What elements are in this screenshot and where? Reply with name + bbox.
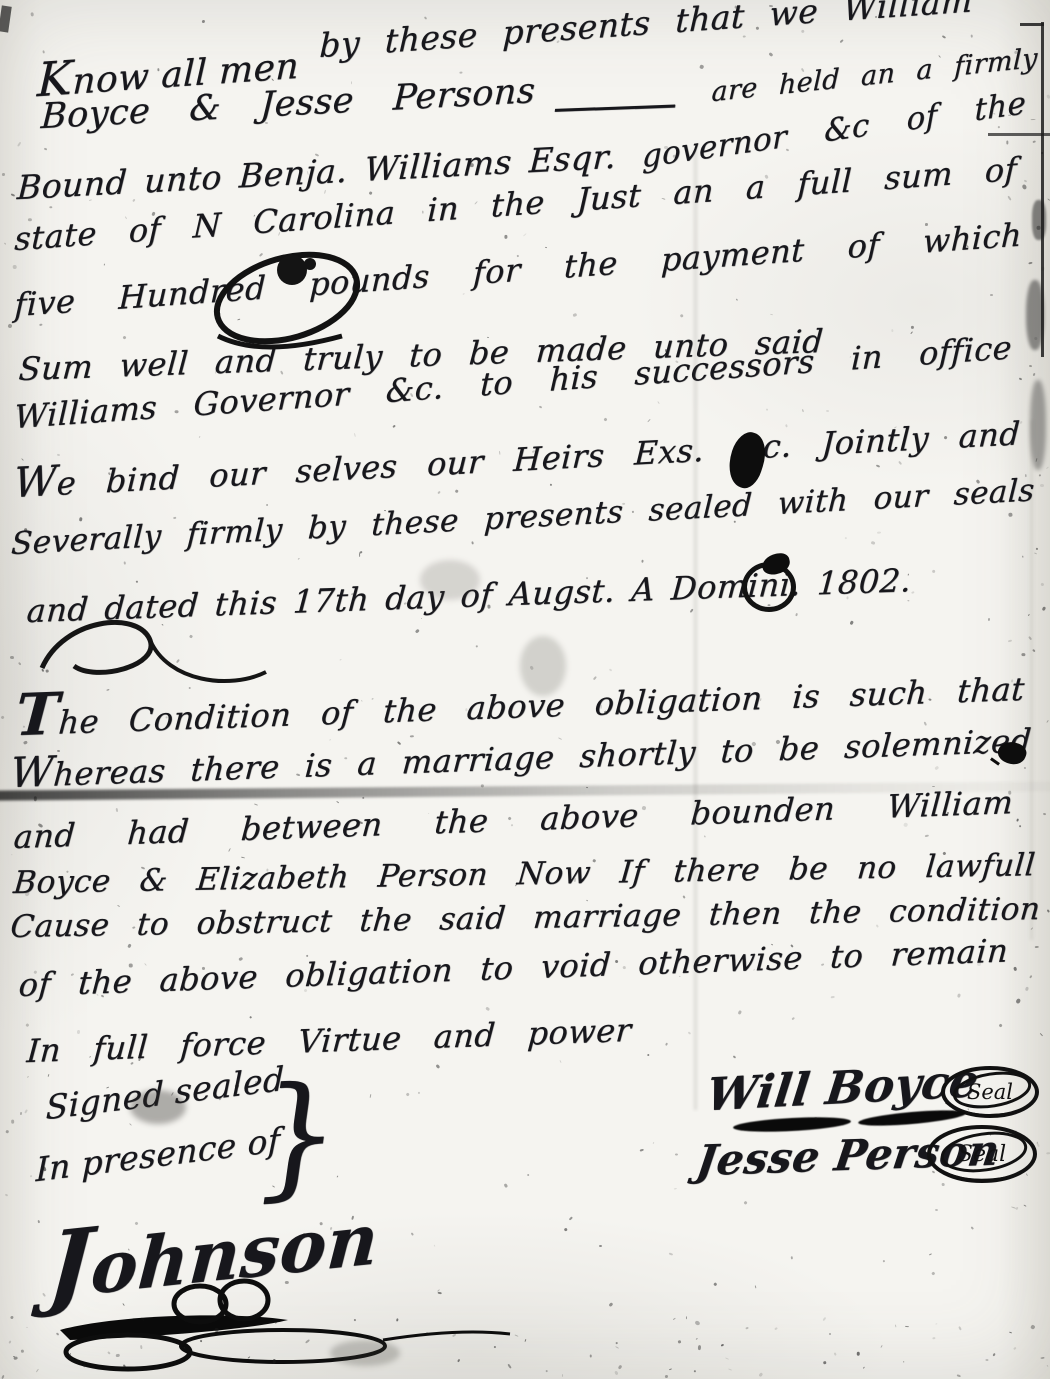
speck bbox=[272, 1185, 275, 1188]
speck bbox=[139, 1345, 142, 1349]
speck bbox=[992, 1353, 995, 1357]
speck bbox=[894, 426, 897, 428]
speck bbox=[527, 1173, 530, 1175]
speck bbox=[247, 1356, 250, 1359]
speck bbox=[306, 955, 308, 957]
speck bbox=[319, 1222, 322, 1226]
speck bbox=[791, 1017, 794, 1020]
speck bbox=[71, 973, 74, 976]
speck bbox=[514, 1335, 518, 1338]
speck bbox=[615, 960, 619, 964]
speck bbox=[134, 1221, 138, 1225]
speck bbox=[433, 1245, 435, 1247]
speck bbox=[463, 293, 465, 295]
speck bbox=[510, 824, 513, 827]
speck bbox=[305, 1339, 310, 1344]
speck bbox=[133, 199, 136, 202]
speck bbox=[237, 318, 241, 320]
speck bbox=[201, 20, 204, 23]
speck bbox=[786, 424, 789, 428]
speck bbox=[890, 329, 893, 333]
speck bbox=[130, 1062, 134, 1065]
speck bbox=[932, 1271, 936, 1275]
speck bbox=[17, 406, 21, 410]
speck bbox=[28, 218, 32, 221]
speck bbox=[648, 419, 651, 423]
speck bbox=[403, 602, 406, 605]
speck bbox=[336, 801, 339, 804]
speck bbox=[932, 1337, 935, 1340]
speck bbox=[850, 356, 852, 358]
speck bbox=[415, 628, 419, 632]
speck bbox=[50, 207, 53, 209]
speck bbox=[736, 448, 739, 451]
speck bbox=[14, 1357, 18, 1360]
speck bbox=[360, 551, 363, 554]
speck bbox=[1025, 987, 1029, 991]
speck bbox=[106, 689, 110, 691]
speck bbox=[1016, 998, 1022, 1004]
speck bbox=[235, 871, 239, 874]
speck bbox=[1032, 648, 1035, 651]
speck bbox=[691, 609, 694, 613]
speck bbox=[830, 996, 834, 999]
speck bbox=[771, 943, 773, 945]
speck bbox=[27, 1075, 29, 1077]
speck bbox=[329, 739, 331, 741]
speck bbox=[1009, 1331, 1012, 1333]
speck bbox=[23, 725, 25, 728]
speck bbox=[402, 920, 404, 922]
speck bbox=[698, 1345, 701, 1350]
speck bbox=[67, 871, 69, 873]
speck bbox=[850, 620, 854, 624]
speck bbox=[1012, 679, 1014, 682]
speck bbox=[603, 710, 608, 715]
speck bbox=[975, 479, 980, 484]
speck bbox=[599, 1245, 602, 1247]
speck bbox=[1016, 818, 1019, 822]
speck bbox=[523, 233, 527, 236]
speck bbox=[734, 521, 736, 523]
speck bbox=[775, 1328, 778, 1331]
speck bbox=[361, 796, 364, 799]
speck bbox=[935, 1323, 938, 1325]
speck bbox=[455, 489, 459, 493]
speck bbox=[1019, 377, 1023, 380]
speck bbox=[764, 174, 768, 179]
speck bbox=[456, 1039, 460, 1043]
speck bbox=[10, 655, 14, 658]
speck bbox=[127, 1248, 129, 1250]
speck bbox=[572, 312, 577, 317]
speck bbox=[359, 822, 363, 826]
speck bbox=[1036, 547, 1039, 550]
speck bbox=[532, 451, 535, 454]
speck bbox=[569, 1216, 573, 1220]
speck bbox=[987, 618, 989, 621]
speck bbox=[938, 55, 941, 58]
speck bbox=[82, 1363, 86, 1367]
speck bbox=[420, 618, 422, 620]
speck bbox=[281, 371, 284, 375]
speck bbox=[756, 27, 759, 31]
speck bbox=[1029, 975, 1032, 979]
speck bbox=[753, 969, 755, 971]
speck bbox=[895, 1324, 897, 1328]
speck bbox=[223, 1277, 225, 1280]
speck bbox=[235, 1083, 239, 1087]
speck bbox=[42, 1166, 47, 1171]
speck bbox=[368, 191, 372, 195]
speck bbox=[1040, 152, 1043, 155]
speck bbox=[754, 1286, 756, 1289]
speck bbox=[664, 349, 667, 352]
speck bbox=[947, 812, 949, 814]
speck bbox=[11, 854, 13, 856]
speck bbox=[18, 141, 22, 146]
speck bbox=[704, 834, 706, 837]
speck bbox=[1035, 457, 1037, 461]
speck bbox=[248, 1252, 250, 1254]
speck bbox=[199, 436, 201, 438]
speck bbox=[271, 78, 274, 81]
speck bbox=[117, 905, 120, 908]
speck bbox=[144, 963, 147, 966]
speck bbox=[632, 510, 635, 513]
speck bbox=[639, 1148, 643, 1151]
speck bbox=[149, 1105, 150, 1108]
speck bbox=[26, 1327, 29, 1329]
speck bbox=[593, 676, 597, 680]
speck bbox=[1030, 1324, 1035, 1329]
speck bbox=[103, 264, 105, 267]
speck bbox=[250, 1016, 253, 1019]
speck bbox=[664, 146, 668, 149]
speck bbox=[957, 1374, 961, 1377]
speck bbox=[136, 580, 139, 583]
speck bbox=[622, 502, 625, 504]
speck bbox=[371, 698, 373, 700]
speck bbox=[481, 784, 484, 787]
speck bbox=[874, 15, 877, 18]
speck bbox=[452, 1333, 457, 1337]
speck bbox=[559, 1059, 561, 1062]
speck bbox=[418, 1092, 421, 1095]
speck bbox=[769, 5, 773, 7]
speck bbox=[775, 740, 781, 746]
speck bbox=[556, 40, 559, 43]
speck bbox=[436, 1064, 441, 1069]
speck bbox=[943, 852, 947, 856]
speck bbox=[428, 813, 430, 815]
speck bbox=[746, 1326, 749, 1329]
speck bbox=[993, 113, 995, 115]
speck bbox=[563, 1228, 567, 1232]
speck bbox=[2, 173, 6, 176]
speck bbox=[1025, 474, 1026, 477]
speck bbox=[694, 1320, 700, 1326]
speck bbox=[21, 458, 24, 461]
speck bbox=[158, 68, 160, 71]
speck bbox=[128, 943, 133, 948]
speck bbox=[350, 593, 354, 596]
speck bbox=[674, 1153, 678, 1156]
speck bbox=[840, 39, 844, 43]
speck bbox=[585, 786, 587, 788]
speck bbox=[189, 687, 191, 689]
speck bbox=[1008, 790, 1011, 794]
speck bbox=[941, 35, 945, 39]
speck bbox=[504, 1183, 508, 1188]
speck bbox=[539, 406, 543, 409]
speck bbox=[1037, 226, 1041, 230]
speck bbox=[1013, 50, 1017, 54]
speck bbox=[604, 418, 608, 422]
speck bbox=[361, 700, 363, 702]
speck bbox=[219, 1097, 222, 1100]
speck bbox=[134, 766, 138, 770]
speck bbox=[1006, 175, 1009, 177]
speck bbox=[447, 1030, 450, 1032]
speck bbox=[266, 868, 268, 871]
speck bbox=[254, 803, 258, 805]
speck bbox=[529, 666, 534, 671]
speck bbox=[69, 1353, 72, 1357]
speck bbox=[743, 1201, 747, 1205]
speck bbox=[608, 1302, 613, 1307]
speck bbox=[752, 742, 757, 747]
speck bbox=[457, 1359, 460, 1363]
speck bbox=[1007, 513, 1012, 517]
speck bbox=[166, 715, 168, 717]
speck bbox=[476, 644, 478, 647]
speck bbox=[802, 409, 804, 412]
speck bbox=[911, 326, 914, 329]
speck bbox=[904, 822, 909, 827]
speck bbox=[107, 1351, 111, 1355]
speck bbox=[600, 704, 602, 708]
speck bbox=[507, 1363, 512, 1368]
speck bbox=[968, 1109, 970, 1112]
speck bbox=[677, 1340, 681, 1343]
speck bbox=[1008, 640, 1012, 643]
scanned-document-page: Know all men by these presents that we W… bbox=[0, 0, 1050, 1379]
speck bbox=[10, 1316, 14, 1320]
speck bbox=[550, 484, 552, 487]
speck bbox=[683, 896, 686, 899]
speck bbox=[928, 698, 932, 701]
speck bbox=[907, 574, 909, 577]
speck bbox=[298, 558, 300, 560]
speck bbox=[89, 200, 92, 202]
speck bbox=[1013, 967, 1017, 971]
speck bbox=[122, 1303, 125, 1306]
speck bbox=[694, 1370, 697, 1372]
speck bbox=[1022, 556, 1024, 558]
speck bbox=[829, 1332, 832, 1335]
speck bbox=[438, 1291, 442, 1293]
speck bbox=[876, 464, 880, 467]
speck bbox=[966, 245, 969, 248]
speck bbox=[1025, 1173, 1028, 1176]
speck bbox=[273, 1359, 276, 1364]
speck bbox=[422, 211, 423, 214]
speck bbox=[834, 1352, 836, 1355]
speck bbox=[957, 993, 961, 997]
speck bbox=[795, 613, 798, 617]
speck bbox=[138, 1058, 141, 1062]
speck bbox=[679, 976, 681, 978]
speck bbox=[738, 1010, 742, 1015]
speck bbox=[410, 392, 413, 396]
speck bbox=[1040, 1033, 1043, 1036]
speck bbox=[938, 869, 941, 872]
speck bbox=[592, 858, 596, 862]
speck bbox=[669, 1369, 672, 1371]
speck bbox=[616, 1342, 618, 1344]
speck bbox=[786, 148, 790, 151]
speck bbox=[24, 1109, 28, 1114]
speck bbox=[37, 1219, 39, 1222]
speck bbox=[302, 1233, 305, 1236]
speck bbox=[545, 247, 547, 249]
speck bbox=[307, 171, 309, 175]
speck bbox=[472, 541, 475, 544]
speck bbox=[925, 834, 929, 837]
speck bbox=[736, 299, 738, 301]
speck bbox=[190, 635, 194, 639]
speck bbox=[363, 284, 367, 287]
speck bbox=[615, 1346, 620, 1349]
speck bbox=[175, 410, 179, 413]
speck bbox=[1008, 115, 1011, 116]
speck bbox=[2, 1375, 5, 1379]
speck bbox=[647, 1053, 650, 1056]
speck bbox=[129, 1123, 132, 1126]
speck bbox=[932, 786, 935, 787]
speck bbox=[1031, 119, 1036, 120]
speck bbox=[42, 1293, 46, 1298]
speck bbox=[39, 324, 42, 326]
speck bbox=[1039, 474, 1041, 476]
speck bbox=[905, 1326, 909, 1328]
speck bbox=[351, 81, 352, 84]
speck bbox=[907, 600, 909, 601]
speck bbox=[880, 1344, 883, 1347]
speck bbox=[876, 924, 879, 927]
speck bbox=[676, 360, 680, 363]
speck bbox=[173, 517, 177, 519]
speck bbox=[759, 1372, 764, 1377]
speck bbox=[353, 1319, 355, 1321]
speck bbox=[770, 314, 773, 316]
speck bbox=[1007, 195, 1011, 200]
speck bbox=[0, 715, 5, 720]
speck bbox=[1028, 613, 1030, 615]
speck bbox=[228, 848, 231, 852]
speck bbox=[106, 1086, 109, 1088]
speck bbox=[48, 1074, 50, 1077]
speck bbox=[1030, 927, 1033, 930]
speck bbox=[79, 517, 82, 521]
speck bbox=[844, 537, 846, 539]
speck bbox=[821, 964, 824, 967]
speck bbox=[1014, 1130, 1018, 1135]
speck bbox=[162, 624, 164, 626]
speck bbox=[728, 1368, 732, 1370]
speck bbox=[801, 29, 805, 33]
speck bbox=[141, 866, 145, 869]
speck bbox=[396, 1318, 398, 1321]
speck bbox=[20, 1112, 22, 1115]
speck bbox=[24, 528, 28, 531]
speck bbox=[123, 561, 125, 564]
speck bbox=[215, 1327, 219, 1331]
speck bbox=[721, 1344, 724, 1347]
speck bbox=[589, 1355, 591, 1358]
speck bbox=[614, 1371, 618, 1376]
speck bbox=[370, 1094, 372, 1098]
speck bbox=[1040, 582, 1044, 585]
speck bbox=[699, 65, 704, 70]
speck bbox=[760, 698, 762, 701]
speck bbox=[1033, 337, 1037, 341]
speck bbox=[176, 659, 180, 663]
speck bbox=[384, 510, 386, 512]
speck bbox=[336, 1175, 338, 1178]
speck bbox=[903, 1361, 905, 1363]
speck bbox=[12, 265, 16, 269]
speck bbox=[171, 1092, 174, 1096]
speck bbox=[274, 1322, 276, 1324]
speck bbox=[757, 698, 759, 702]
speck bbox=[396, 741, 400, 745]
speck bbox=[1022, 653, 1026, 656]
speck bbox=[426, 1332, 430, 1336]
speck bbox=[623, 966, 627, 970]
speck bbox=[574, 878, 577, 882]
speck bbox=[766, 408, 767, 410]
speck bbox=[661, 198, 665, 200]
speck bbox=[5, 1193, 8, 1196]
speck bbox=[469, 164, 473, 168]
speck bbox=[437, 490, 441, 494]
speck bbox=[658, 402, 661, 405]
speck bbox=[278, 231, 281, 235]
speck bbox=[558, 737, 562, 740]
speck bbox=[686, 1316, 687, 1319]
speck bbox=[925, 223, 928, 226]
speck bbox=[459, 72, 463, 74]
speck bbox=[487, 336, 490, 338]
speck bbox=[863, 1366, 865, 1368]
speck bbox=[202, 966, 206, 969]
speck bbox=[10, 193, 14, 196]
speck bbox=[1027, 636, 1031, 641]
speck bbox=[265, 121, 268, 123]
speck bbox=[1029, 365, 1032, 368]
speck bbox=[18, 662, 21, 665]
speck bbox=[768, 604, 771, 606]
speck bbox=[36, 247, 40, 251]
speck bbox=[345, 757, 348, 759]
speck bbox=[911, 591, 914, 594]
speck bbox=[725, 1357, 729, 1359]
speck bbox=[985, 1359, 988, 1361]
speck bbox=[124, 215, 127, 219]
speck bbox=[609, 668, 613, 672]
